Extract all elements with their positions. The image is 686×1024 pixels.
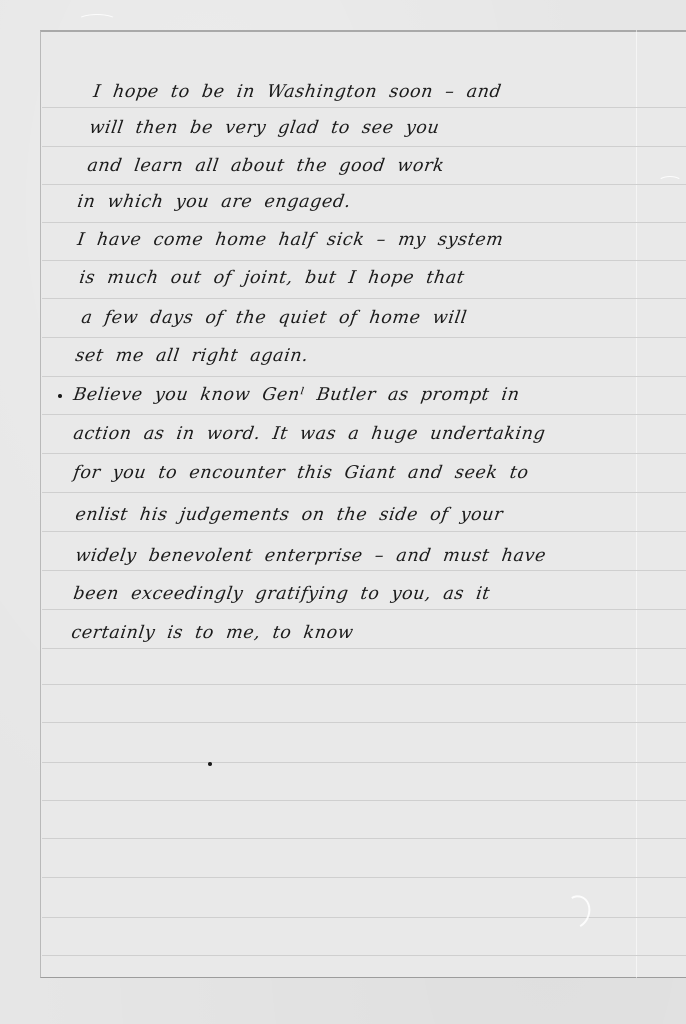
ruled-line	[42, 414, 686, 415]
ruled-line	[42, 492, 686, 493]
ruled-line	[42, 838, 686, 839]
ruled-line	[42, 107, 686, 108]
ruled-line	[42, 955, 686, 956]
letter-line-12: enlist his judgements on the side of you…	[74, 505, 504, 525]
ruled-line	[42, 298, 686, 299]
letter-line-5: I have come home half sick – my system	[76, 230, 505, 250]
letter-line-2: will then be very glad to see you	[88, 118, 441, 138]
margin-dot	[58, 394, 62, 398]
ruled-line	[42, 684, 686, 685]
ruled-line	[42, 648, 686, 649]
ruled-line	[42, 222, 686, 223]
letter-line-9: Believe you know Genˡ Butler as prompt i…	[72, 385, 521, 405]
ruled-line	[42, 722, 686, 723]
letter-line-11: for you to encounter this Giant and seek…	[72, 463, 530, 483]
ruled-line	[42, 453, 686, 454]
ruled-line	[42, 570, 686, 571]
ruled-line	[42, 146, 686, 147]
ruled-line	[42, 877, 686, 878]
letter-line-8: set me all right again.	[74, 346, 310, 366]
letter-line-1: I hope to be in Washington soon – and	[92, 82, 503, 102]
letter-line-15: certainly is to me, to know	[70, 623, 355, 643]
ruled-line	[42, 917, 686, 918]
ruled-line	[42, 800, 686, 801]
ink-dot	[208, 762, 212, 766]
letter-line-4: in which you are engaged.	[76, 192, 352, 212]
letter-line-3: and learn all about the good work	[86, 156, 446, 176]
letter-line-13: widely benevolent enterprise – and must …	[74, 546, 547, 566]
ruled-line	[42, 762, 686, 763]
ruled-line	[42, 609, 686, 610]
margin-line	[636, 30, 637, 978]
ruled-line	[42, 260, 686, 261]
scan-scratch	[658, 176, 682, 188]
letter-line-7: a few days of the quiet of home will	[80, 308, 468, 328]
ruled-line	[42, 184, 686, 185]
letter-line-10: action as in word. It was a huge underta…	[72, 424, 547, 444]
ruled-line	[42, 337, 686, 338]
ruled-line	[42, 531, 686, 532]
scan-scratch	[78, 14, 116, 26]
ruled-line	[42, 376, 686, 377]
letter-line-6: is much out of joint, but I hope that	[78, 268, 466, 288]
letter-line-14: been exceedingly gratifying to you, as i…	[72, 584, 491, 604]
